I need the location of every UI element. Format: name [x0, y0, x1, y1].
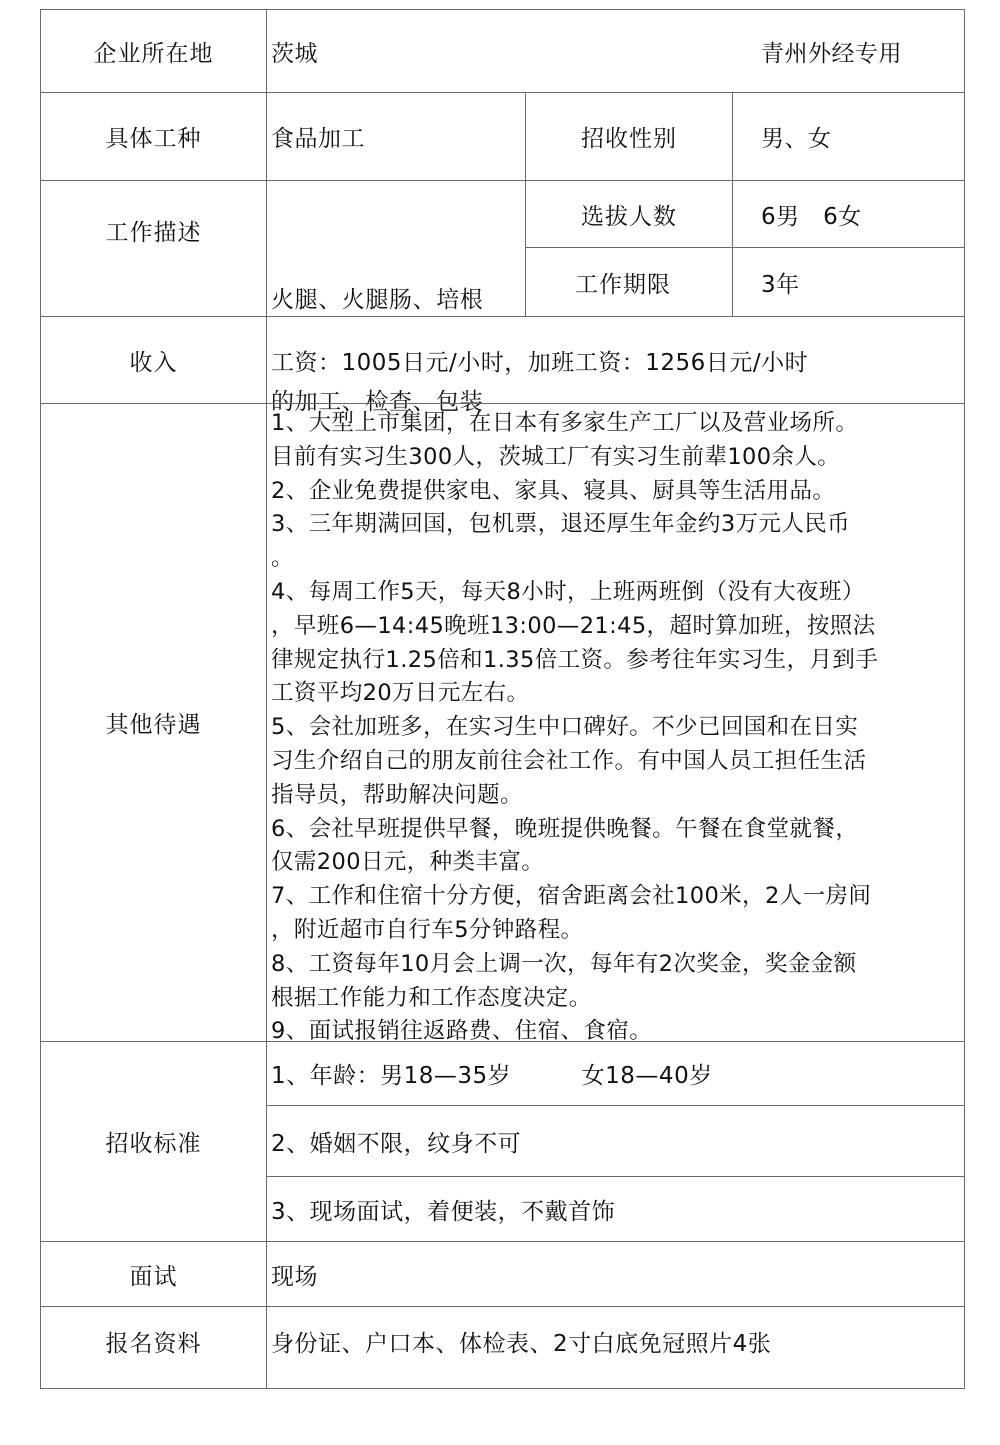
- benefit-line: 习生介绍自己的朋友前往会社工作。有中国人员工担任生活: [271, 745, 964, 779]
- location-value: 茨城: [271, 35, 318, 68]
- benefit-line: 5、会社加班多，在实习生中口碑好。不少已回国和在日实: [271, 711, 964, 745]
- description-value: 火腿、火腿肠、培根 的加工、检查、包装: [266, 180, 525, 316]
- benefit-line: 7、工作和住宿十分方便，宿舍距离会社100米，2人一房间: [271, 880, 964, 914]
- requirement-item: 1、年龄：男18—35岁 女18—40岁: [266, 1041, 964, 1105]
- interview-label: 面试: [40, 1241, 266, 1306]
- benefit-line: 仅需200日元，种类丰富。: [271, 846, 964, 880]
- benefits-label: 其他待遇: [40, 403, 266, 1041]
- benefit-line: 根据工作能力和工作态度决定。: [271, 982, 964, 1016]
- interview-value: 现场: [266, 1241, 964, 1306]
- headcount-label: 选拔人数: [525, 180, 732, 247]
- benefit-line: 6、会社早班提供早餐，晚班提供晚餐。午餐在食堂就餐，: [271, 813, 964, 847]
- benefit-line: 。: [271, 542, 964, 576]
- benefit-line: ，早班6—14:45晚班13:00—21:45，超时算加班，按照法: [271, 610, 964, 644]
- recruitment-info-table: 企业所在地 茨城 青州外经专用 具体工种 食品加工 招收性别 男、女 工作描述 …: [40, 9, 964, 1388]
- description-line: 火腿、火腿肠、培根: [271, 283, 525, 317]
- usage-note: 青州外经专用: [761, 35, 902, 68]
- benefit-line: 4、每周工作5天，每天8小时，上班两班倒（没有大夜班）: [271, 576, 964, 610]
- gender-value: 男、女: [732, 92, 964, 180]
- benefit-line: 1、大型上市集团，在日本有多家生产工厂以及营业场所。: [271, 407, 964, 441]
- benefit-line: 指导员，帮助解决问题。: [271, 779, 964, 813]
- location-label: 企业所在地: [40, 9, 266, 92]
- benefit-line: 3、三年期满回国，包机票，退还厚生年金约3万元人民币: [271, 508, 964, 542]
- headcount-value: 6男 6女: [732, 180, 964, 247]
- job-type-label: 具体工种: [40, 92, 266, 180]
- benefit-line: 工资平均20万日元左右。: [271, 677, 964, 711]
- location-value-cell: 茨城 青州外经专用: [266, 9, 964, 92]
- benefit-line: 2、企业免费提供家电、家具、寝具、厨具等生活用品。: [271, 475, 964, 509]
- requirement-item: 3、现场面试，着便装，不戴首饰: [266, 1176, 964, 1241]
- documents-value: 身份证、户口本、体检表、2寸白底免冠照片4张: [266, 1306, 964, 1388]
- income-value: 工资：1005日元/小时，加班工资：1256日元/小时: [266, 316, 964, 403]
- requirement-item: 2、婚姻不限，纹身不可: [266, 1105, 964, 1176]
- benefits-list: 1、大型上市集团，在日本有多家生产工厂以及营业场所。 目前有实习生300人，茨城…: [266, 403, 964, 1041]
- benefit-line: 目前有实习生300人，茨城工厂有实习生前辈100余人。: [271, 441, 964, 475]
- gender-label: 招收性别: [525, 92, 732, 180]
- term-value: 3年: [732, 247, 964, 316]
- description-label: 工作描述: [40, 180, 266, 316]
- requirements-label: 招收标准: [40, 1041, 266, 1241]
- job-type-value: 食品加工: [266, 92, 525, 180]
- benefit-line: 律规定执行1.25倍和1.35倍工资。参考往年实习生，月到手: [271, 644, 964, 678]
- benefit-line: 8、工资每年10月会上调一次，每年有2次奖金，奖金金额: [271, 948, 964, 982]
- documents-label: 报名资料: [40, 1306, 266, 1388]
- benefit-line: ，附近超市自行车5分钟路程。: [271, 914, 964, 948]
- term-label: 工作期限: [525, 247, 732, 316]
- income-label: 收入: [40, 316, 266, 403]
